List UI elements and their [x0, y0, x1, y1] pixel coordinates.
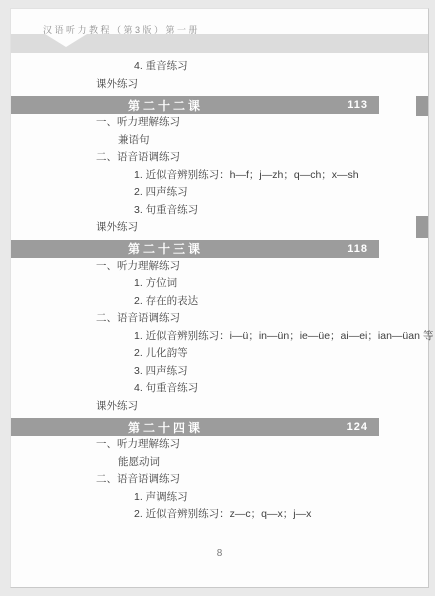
- toc-list: 4. 重音练习课外练习第二十二课113一、听力理解练习兼语句二、语音语调练习1.…: [11, 58, 428, 524]
- toc-entry: 2. 存在的表达: [11, 293, 428, 311]
- toc-entry: 一、听力理解练习: [11, 258, 428, 276]
- toc-entry: 2. 四声练习: [11, 184, 428, 202]
- lesson-title: 第二十四课: [11, 419, 203, 436]
- toc-entry: 能愿动词: [11, 454, 428, 472]
- toc-entry: 兼语句: [11, 132, 428, 150]
- toc-entry: 课外练习: [11, 219, 428, 237]
- toc-entry: 一、听力理解练习: [11, 114, 428, 132]
- lesson-page-number: 113: [347, 99, 379, 111]
- toc-entry: 二、语音语调练习: [11, 471, 428, 489]
- lesson-title: 第二十二课: [11, 97, 203, 114]
- toc-entry: 二、语音语调练习: [11, 310, 428, 328]
- toc-entry: 1. 近似音辨别练习：i—ü；in—ün；ie—üe；ai—ei；ian—üan…: [11, 328, 428, 346]
- running-header-title: 汉语听力教程（第3版）第一册: [43, 23, 200, 36]
- toc-entry: 1. 声调练习: [11, 489, 428, 507]
- toc-entry: 课外练习: [11, 398, 428, 416]
- toc-entry: 二、语音语调练习: [11, 149, 428, 167]
- toc-entry: 3. 句重音练习: [11, 202, 428, 220]
- toc-entry: 2. 儿化韵等: [11, 345, 428, 363]
- lesson-header-bar: 第二十四课124: [11, 418, 379, 436]
- toc-entry: 2. 近似音辨别练习：z—c；q—x；j—x: [11, 506, 428, 524]
- lesson-header-bar: 第二十三课118: [11, 240, 379, 258]
- toc-entry: 1. 方位词: [11, 275, 428, 293]
- header-band: [11, 34, 428, 53]
- book-page: 汉语听力教程（第3版）第一册 4. 重音练习课外练习第二十二课113一、听力理解…: [10, 8, 429, 588]
- lesson-page-number: 124: [347, 421, 379, 433]
- lesson-header-bar: 第二十二课113: [11, 96, 379, 114]
- toc-entry: 课外练习: [11, 76, 428, 94]
- toc-entry: 1. 近似音辨别练习：h—f；j—zh；q—ch；x—sh: [11, 167, 428, 185]
- toc-entry: 4. 重音练习: [11, 58, 428, 76]
- toc-entry: 一、听力理解练习: [11, 436, 428, 454]
- page-number: 8: [11, 548, 428, 559]
- lesson-title: 第二十三课: [11, 240, 203, 257]
- toc-entry: 4. 句重音练习: [11, 380, 428, 398]
- toc-entry: 3. 四声练习: [11, 363, 428, 381]
- lesson-page-number: 118: [347, 243, 379, 255]
